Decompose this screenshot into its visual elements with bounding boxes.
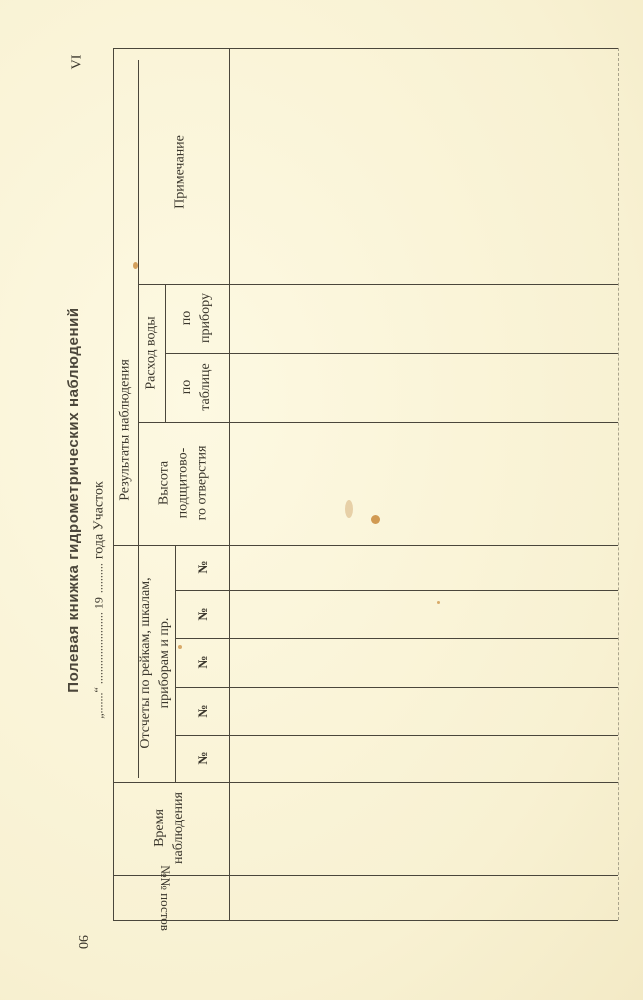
table-bottom-border	[113, 920, 618, 921]
table-right-edge	[618, 48, 619, 920]
readings-line1: Отсчеты по рейкам, шкалам,	[137, 577, 156, 748]
paper-stain	[133, 262, 138, 269]
reading-number-header-3: №	[194, 655, 212, 668]
shield-height-line1: Высота	[156, 446, 175, 521]
date-section-line: „.......“ ........................ 19 ..…	[91, 481, 110, 719]
note-discharge-separator	[138, 284, 618, 285]
reading-sep-3	[175, 687, 618, 688]
cell-reading-2[interactable]	[231, 592, 617, 637]
discharge-sub-separator	[165, 353, 618, 354]
cell-reading-4[interactable]	[231, 689, 617, 734]
time-line2: наблюдения	[170, 792, 189, 864]
table-left-border	[113, 48, 114, 920]
readings-band-divider	[175, 545, 176, 782]
column-discharge-device-header: по прибору	[178, 293, 216, 343]
discharge-table-line1: по	[178, 363, 197, 410]
reading-sep-2	[175, 638, 618, 639]
height-readings-separator	[113, 545, 618, 546]
time-posts-separator	[113, 875, 618, 876]
cell-reading-5[interactable]	[231, 737, 617, 781]
discharge-height-separator	[138, 422, 618, 423]
header-body-divider	[229, 48, 230, 920]
corner-mark: VI	[69, 55, 88, 70]
column-discharge-group-header: Расход воды	[143, 316, 162, 389]
cell-reading-1[interactable]	[231, 547, 617, 589]
readings-line2: приборам и пр.	[156, 577, 175, 748]
reading-number-header-5: №	[194, 751, 212, 764]
cell-posts[interactable]	[231, 877, 617, 919]
year-blank[interactable]: ..........	[91, 563, 107, 593]
cell-discharge-table[interactable]	[231, 355, 617, 421]
page-title: Полевая книжка гидрометрических наблюден…	[64, 307, 84, 693]
table-top-border	[113, 48, 618, 49]
column-time-header: Время наблюдения	[151, 792, 189, 864]
page-number: 90	[74, 935, 90, 949]
reading-number-header-2: №	[194, 607, 212, 620]
cell-discharge-device[interactable]	[231, 286, 617, 352]
date-prefix: „.......“ ........................ 19	[91, 597, 107, 719]
column-readings-group-header: Отсчеты по рейкам, шкалам, приборам и пр…	[137, 577, 175, 748]
time-line1: Время	[151, 792, 170, 864]
paper-stain	[371, 515, 380, 524]
reading-sep-1	[175, 590, 618, 591]
year-suffix-section-label: года Участок	[91, 481, 110, 559]
cell-time[interactable]	[231, 784, 617, 874]
cell-note[interactable]	[231, 50, 617, 283]
discharge-device-line1: по	[178, 293, 197, 343]
column-note-header: Примечание	[172, 135, 191, 209]
column-posts-header: №№ постов	[157, 865, 173, 931]
shield-height-line2: подщитово-	[175, 446, 194, 521]
cell-reading-3[interactable]	[231, 640, 617, 686]
discharge-device-line2: прибору	[197, 293, 216, 343]
column-discharge-table-header: по таблице	[178, 363, 216, 410]
reading-number-header-4: №	[194, 704, 212, 717]
paper-stain	[437, 601, 440, 604]
paper-stain	[178, 645, 182, 649]
column-results-group-header: Результаты наблюдения	[117, 359, 136, 501]
column-shield-height-header: Высота подщитово- го отверстия	[156, 446, 213, 521]
readings-time-separator	[113, 782, 618, 783]
cell-shield-height[interactable]	[231, 424, 617, 544]
reading-number-header-1: №	[194, 560, 212, 573]
shield-height-line3: го отверстия	[193, 446, 212, 521]
reading-sep-4	[175, 735, 618, 736]
discharge-table-line2: таблице	[197, 363, 216, 410]
paper-stain	[345, 500, 353, 518]
